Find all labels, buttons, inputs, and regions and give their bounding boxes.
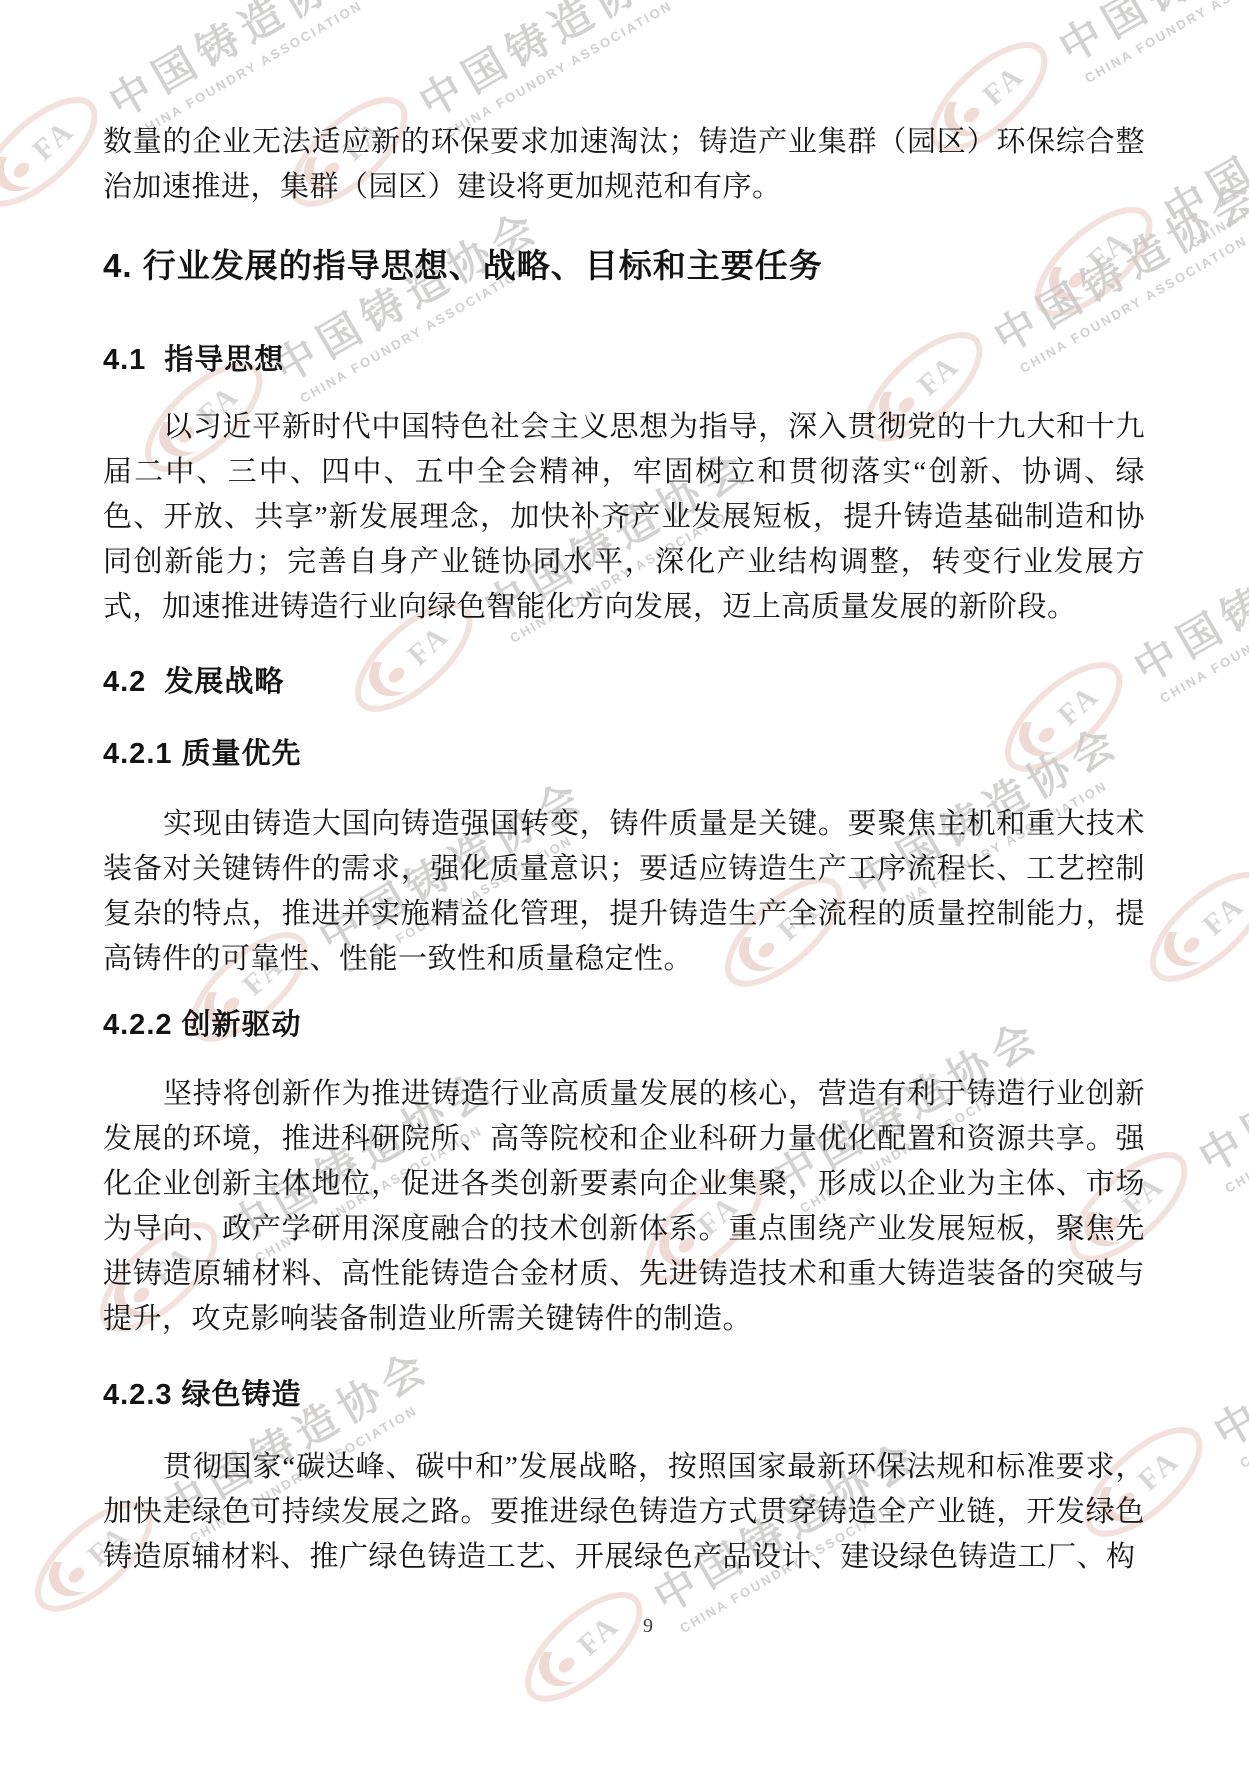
document-page: FA 中国铸造协会 CHINA FOUNDRY ASSOCIATION FA 中… xyxy=(0,0,1249,1766)
paragraph-intro: 数量的企业无法适应新的环保要求加速淘汰；铸造产业集群（园区）环保综合整治加速推进… xyxy=(103,120,1145,210)
heading-section-4-2-1: 4.2.1 质量优先 xyxy=(103,732,1145,777)
heading-chapter-4: 4. 行业发展的指导思想、战略、目标和主要任务 xyxy=(103,243,1145,289)
paragraph-section-4-2-1: 实现由铸造大国向铸造强国转变，铸件质量是关键。要聚焦主机和重大技术装备对关键铸件… xyxy=(103,802,1145,982)
heading-section-4-2-3: 4.2.3 绿色铸造 xyxy=(103,1373,1145,1418)
heading-section-4-1: 4.1 指导思想 xyxy=(103,338,1145,383)
heading-section-4-2-2: 4.2.2 创新驱动 xyxy=(103,1003,1145,1048)
heading-section-4-2: 4.2 发展战略 xyxy=(103,660,1145,705)
page-content: 数量的企业无法适应新的环保要求加速淘汰；铸造产业集群（园区）环保综合整治加速推进… xyxy=(0,0,1249,1766)
page-number: 9 xyxy=(103,1612,1145,1640)
paragraph-section-4-2-3: 贯彻国家“碳达峰、碳中和”发展战略，按照国家最新环保法规和标准要求，加快走绿色可… xyxy=(103,1445,1145,1580)
paragraph-section-4-1: 以习近平新时代中国特色社会主义思想为指导，深入贯彻党的十九大和十九届二中、三中、… xyxy=(103,405,1145,630)
paragraph-section-4-2-2: 坚持将创新作为推进铸造行业高质量发展的核心，营造有利于铸造行业创新发展的环境，推… xyxy=(103,1072,1145,1342)
page-number-value: 9 xyxy=(643,1615,653,1637)
